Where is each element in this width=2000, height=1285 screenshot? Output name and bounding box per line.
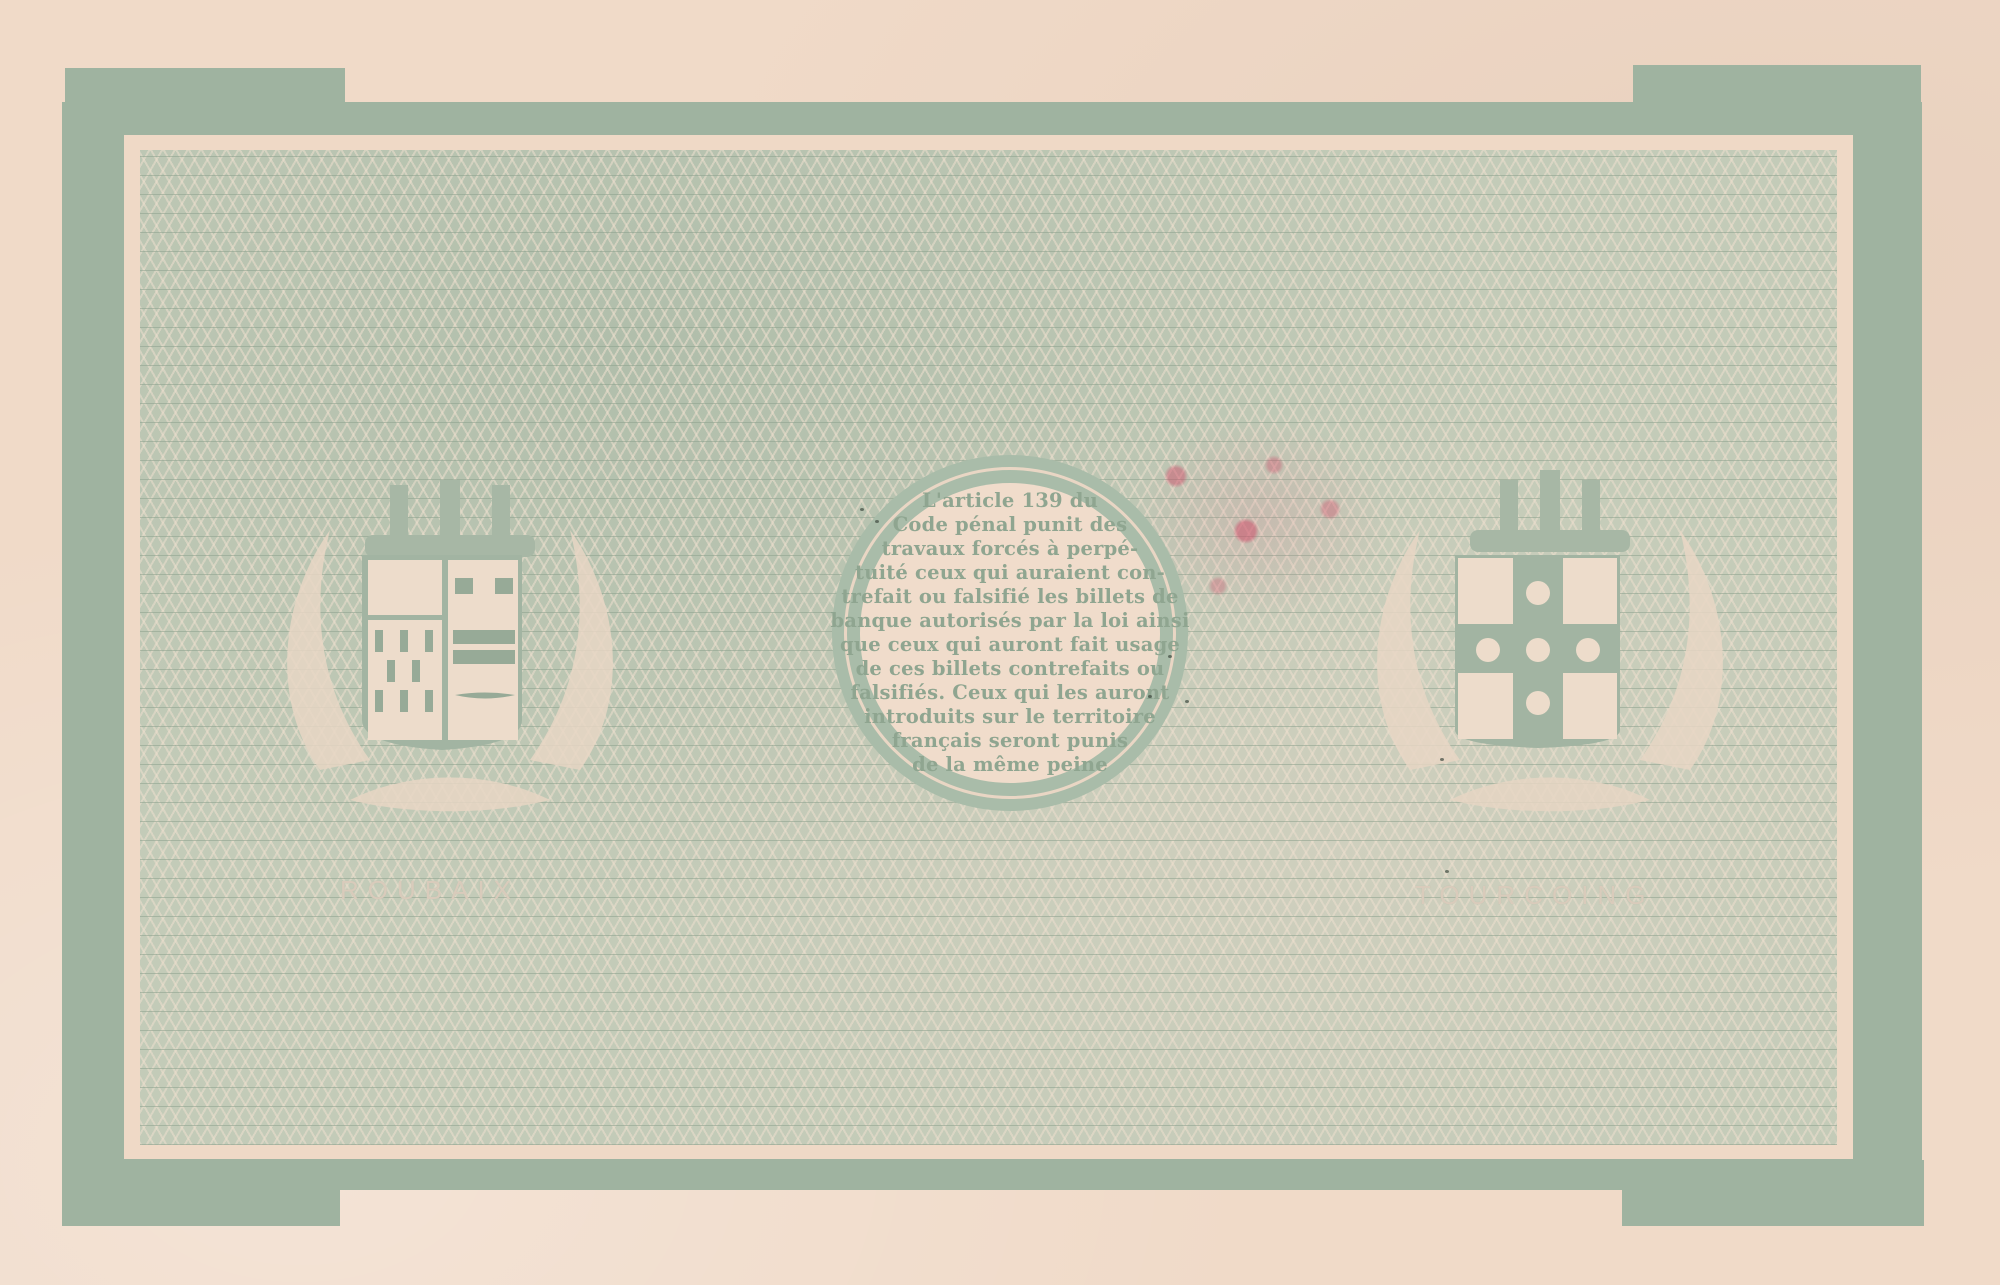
notice-line: de ces billets contrefaits ou (856, 657, 1165, 681)
notice-line: banque autorisés par la loi ainsi (830, 609, 1189, 633)
notice-line: L'article 139 du (922, 489, 1098, 513)
notice-line: introduits sur le territoire (864, 705, 1156, 729)
corner-block-bottom-right (1622, 1160, 1924, 1226)
notice-line: français seront punis (892, 729, 1128, 753)
notice-line: de la même peine (912, 753, 1108, 777)
crest-tourcoing (1350, 440, 1750, 840)
corner-block-top-right (1633, 65, 1921, 125)
notice-line: que ceux qui auront fait usage (840, 633, 1180, 657)
tourcoing-coat-of-arms-icon (1350, 440, 1750, 840)
corner-block-bottom-left (62, 1160, 340, 1226)
crest-label-tourcoing: TOURCOING (1415, 880, 1654, 911)
notice-line: travaux forcés à perpé- (882, 537, 1139, 561)
notice-line: trefait ou falsifié les billets de (841, 585, 1178, 609)
notice-line: Code pénal punit des (893, 513, 1128, 537)
notice-line: tuité ceux qui auraient con- (855, 561, 1165, 585)
penal-code-notice: L'article 139 du Code pénal punit des tr… (860, 483, 1160, 783)
notice-line: falsifiés. Ceux qui les auront (851, 681, 1170, 705)
crest-roubaix (250, 440, 650, 840)
medallion: L'article 139 du Code pénal punit des tr… (832, 455, 1188, 811)
corner-block-top-left (65, 68, 345, 128)
crest-label-roubaix: ROUBAIX (340, 875, 520, 906)
roubaix-coat-of-arms-icon (250, 440, 650, 840)
